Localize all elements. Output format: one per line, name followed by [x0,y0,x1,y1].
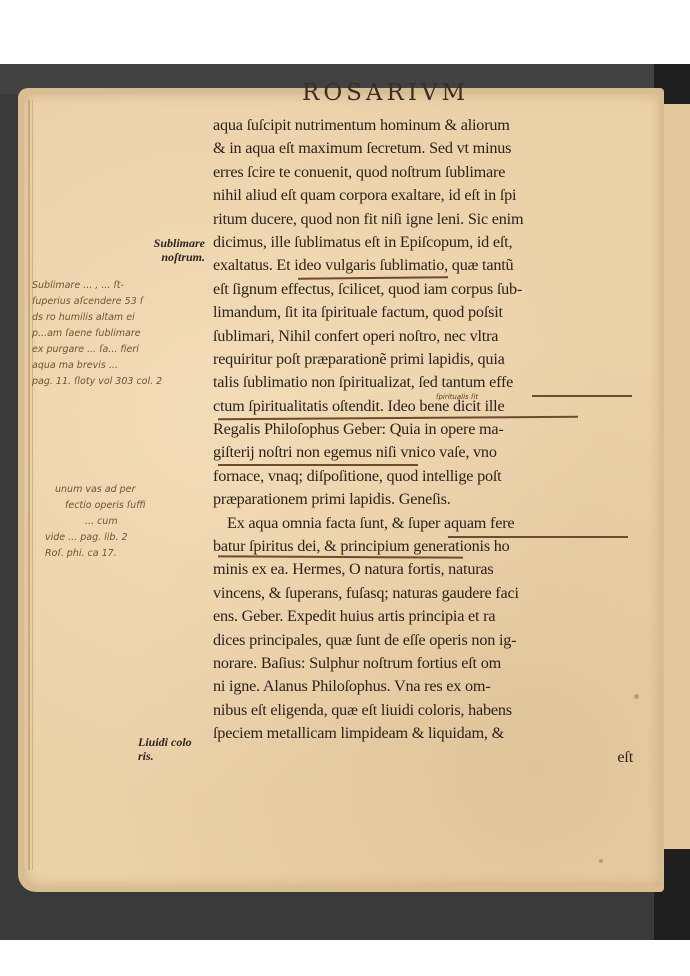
printed-marginal-gloss: Liuidi colo ris. [138,735,218,763]
gloss-line: Sublimare [140,236,205,250]
note-line: aqua ma brevis ... [32,358,162,374]
ink-underline [448,536,628,538]
text-line: vincens, & ſuperans, fuſasq; naturas gau… [213,582,633,605]
paper-speck [599,859,603,863]
text-line: dices principales, quæ ſunt de eſſe oper… [213,629,633,652]
body-text: aqua ſuſcipit nutrimentum hominum & alio… [213,114,633,769]
text-line: Regalis Philoſophus Geber: Quia in opere… [213,418,633,441]
adjacent-page-edge [660,104,690,849]
note-line: Roſ. phi. ca 17. [45,546,146,562]
page-edge-line [32,100,33,870]
text-line: præparationem primi lapidis. Geneſis. [213,488,633,511]
text-line: ctum ſpiritualitatis oſtendit. Ideo bene… [213,395,633,418]
text-line: talis ſublimatio non ſpiritualizat, ſed … [213,371,633,394]
note-line: ex purgare ... ſa... fieri [32,342,162,358]
note-line: p...am ſaene ſublimare [32,326,162,342]
text-line: erres ſcire te conuenit, quod noſtrum ſu… [213,161,633,184]
text-line: norare. Baſius: Sulphur noſtrum fortius … [213,652,633,675]
ink-underline [532,395,632,397]
text-line: exaltatus. Et ideo vulgaris ſublimatio, … [213,254,633,277]
text-line: giſterij noſtri non egemus niſi vnico va… [213,441,633,464]
text-line: dicimus, ille ſublimatus eſt in Epiſcopu… [213,231,633,254]
running-head: ROSARIVM [302,80,469,106]
text-line: nihil aliud eſt quam corpora exaltare, i… [213,184,633,207]
note-line: ſuperius aſcendere 53 ſ [32,294,162,310]
catchword: eſt [213,746,633,769]
text-line: limandum, ſit ita ſpirituale factum, quo… [213,301,633,324]
text-line: minis ex ea. Hermes, O natura fortis, na… [213,558,633,581]
text-line: ſpeciem metallicam limpideam & liquidam,… [213,722,633,745]
paper-speck [634,694,639,699]
text-line: & in aqua eſt maximum ſecretum. Sed vt m… [213,137,633,160]
gloss-line: Liuidi colo [138,735,218,749]
ink-underline [218,464,418,466]
text-line: fornace, vnaq; diſpoſitione, quod intell… [213,465,633,488]
note-line: fectio operis ſuffi [45,498,146,514]
text-line: nibus eſt eligenda, quæ eſt liuidi color… [213,699,633,722]
note-line: unum vas ad per [45,482,146,498]
printed-marginal-gloss: Sublimare noſtrum. [140,236,205,264]
note-line: ... cum [45,514,146,530]
gloss-line: noſtrum. [140,250,205,264]
note-line: ds ro humilis altam ei [32,310,162,326]
handwritten-note: Sublimare ... , ... ſt- ſuperius aſcende… [32,278,162,390]
text-line: ens. Geber. Expedit huius artis principi… [213,605,633,628]
text-line: Ex aqua omnia facta ſunt, & ſuper aquam … [213,512,633,535]
text-line: eſt ſignum effectus, ſcilicet, quod iam … [213,278,633,301]
gloss-line: ris. [138,749,218,763]
note-line: Sublimare ... , ... ſt- [32,278,162,294]
text-line: ritum ducere, quod non fit niſi igne len… [213,208,633,231]
page-edge-line [28,100,30,870]
text-line: ſublimari, Nihil confert operi noſtro, n… [213,325,633,348]
note-line: vide ... pag. lib. 2 [45,530,146,546]
text-line: requiritur poſt præparationẽ primi lapid… [213,348,633,371]
note-line: pag. 11. ſloty vol 303 col. 2 [32,374,162,390]
text-line: ni igne. Alanus Philoſophus. Vna res ex … [213,675,633,698]
handwritten-note: unum vas ad per fectio operis ſuffi ... … [45,482,146,562]
text-line: aqua ſuſcipit nutrimentum hominum & alio… [213,114,633,137]
